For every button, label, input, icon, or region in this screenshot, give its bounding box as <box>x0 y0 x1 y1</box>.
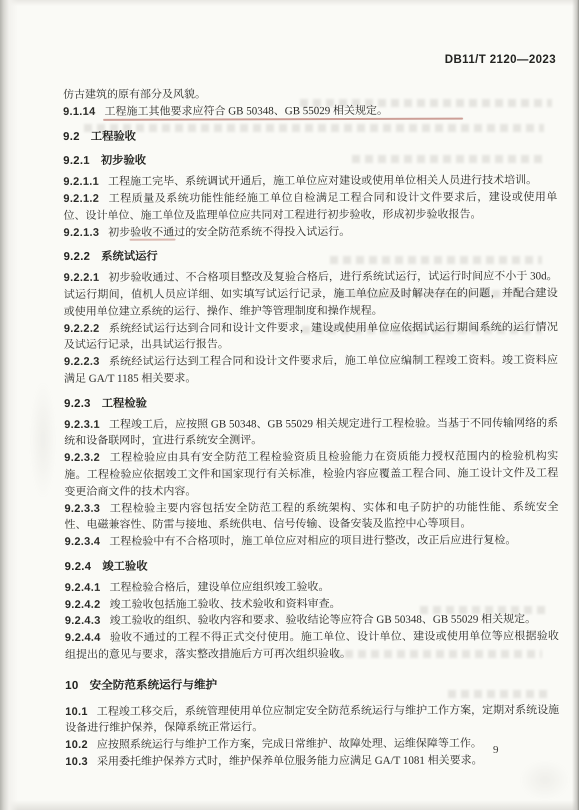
clause-text: 初步验收通过、不合格项目整改及复验合格后，进行系统试运行，试运行时间应不小于 3… <box>64 270 558 317</box>
clause-text: 工程施工其他要求应符合 GB 50348、GB 55029 相关规定。 <box>104 105 388 118</box>
clause-number: 10.1 <box>65 705 88 717</box>
clause-10-2: 10.2应按照系统运行与维护工作方案，完成日常维护、故障处理、运维保障等工作。 <box>65 735 559 754</box>
clause-number: 9.2.1.2 <box>63 193 99 205</box>
heading-number: 9.2.4 <box>65 561 92 573</box>
heading-title: 安全防范系统运行与维护 <box>90 678 218 691</box>
clause-9-2-2-3: 9.2.2.3系统经试运行达到工程合同和设计文件要求后，施工单位应编制工程竣工资… <box>64 352 558 387</box>
clause-text: 工程竣工后，应按照 GB 50348、GB 55029 相关规定进行工程检验。当… <box>64 417 558 448</box>
clause-text: 工程施工完毕、系统调试开通后，施工单位应对建设或使用单位相关人员进行技术培训。 <box>108 175 537 188</box>
clause-9-2-2-1: 9.2.2.1初步验收通过、不合格项目整改及复验合格后，进行系统试运行，试运行时… <box>64 268 558 320</box>
clause-text: 工程质量及系统功能性能经施工单位自检满足工程合同和设计文件要求后，建设或使用单位… <box>63 191 557 222</box>
clause-number: 9.2.4.3 <box>65 615 101 627</box>
red-mark-annotation <box>130 239 176 241</box>
clause-9-2-2-2: 9.2.2.2系统经试运行达到合同和设计文件要求，建设或使用单位应依据试运行期间… <box>64 319 558 354</box>
clause-9-2-3-1: 9.2.3.1工程竣工后，应按照 GB 50348、GB 55029 相关规定进… <box>64 415 558 450</box>
clause-text: 应按照系统运行与维护工作方案，完成日常维护、故障处理、运维保障等工作。 <box>97 738 482 751</box>
clause-number: 9.2.4.2 <box>65 598 101 610</box>
clause-9-2-3-3: 9.2.3.3工程检验主要内容包括安全防范工程的系统架构、实体和电子防护的功能性… <box>64 499 558 534</box>
page-number: 9 <box>493 744 499 756</box>
clause-text: 验收不通过的工程不得正式交付使用。施工单位、设计单位、建设或使用单位等应根据验收… <box>65 630 559 661</box>
clause-number: 10.3 <box>65 756 88 768</box>
clause-9-2-4-2: 9.2.4.2竣工验收包括施工验收、技术验收和资料审查。 <box>65 595 559 614</box>
clause-number: 9.2.4.1 <box>65 582 101 594</box>
heading-number: 9.2 <box>63 131 80 143</box>
clause-text: 工程检验应由具有安全防范工程检验资质且检验能力在资质能力授权范围内的检验机构实施… <box>64 450 558 497</box>
clause-9-2-4-3: 9.2.4.3竣工验收的组织、验收内容和要求、验收结论等应符合 GB 50348… <box>65 612 559 631</box>
document-code-header: DB11/T 2120—2023 <box>445 54 556 66</box>
clause-10-1: 10.1工程竣工移交后，系统管理使用单位应制定安全防范系统运行与维护工作方案，定… <box>65 702 559 737</box>
heading-number: 9.2.1 <box>63 155 90 167</box>
heading-title: 系统试运行 <box>101 251 158 263</box>
heading-number: 9.2.2 <box>64 251 91 263</box>
clause-10-3: 10.3采用委托维护保养方式时，维护保养单位服务能力应满足 GA/T 1081 … <box>65 752 559 771</box>
clause-9-2-1-3: 9.2.1.3初步验收不通过的安全防范系统不得投入试运行。 <box>63 223 557 242</box>
clause-text: 工程检验合格后，建设单位应组织竣工验收。 <box>109 581 329 594</box>
clause-text: 初步验收不通过的安全防范系统不得投入试运行。 <box>108 226 350 239</box>
clause-number: 9.2.1.3 <box>63 226 99 238</box>
clause-number: 9.2.1.1 <box>63 176 99 188</box>
clause-number: 9.1.14 <box>63 106 95 118</box>
clause-text: 系统经试运行达到工程合同和设计文件要求后，施工单位应编制工程竣工资料。竣工资料应… <box>64 354 558 385</box>
clause-9-2-1-2: 9.2.1.2工程质量及系统功能性能经施工单位自检满足工程合同和设计文件要求后，… <box>63 189 557 224</box>
heading-title: 工程验收 <box>91 130 136 142</box>
clause-number: 9.2.3.1 <box>64 418 100 430</box>
clause-text: 工程检验主要内容包括安全防范工程的系统架构、实体和电子防护的功能性能、系统安全性… <box>65 501 559 532</box>
clause-9-2-1-1: 9.2.1.1工程施工完毕、系统调试开通后，施工单位应对建设或使用单位相关人员进… <box>63 172 557 191</box>
heading-9-2-1: 9.2.1初步验收 <box>63 152 557 171</box>
clause-number: 9.2.3.4 <box>65 536 101 548</box>
clause-9-1-14: 9.1.14工程施工其他要求应符合 GB 50348、GB 55029 相关规定… <box>63 102 557 121</box>
page-body: 仿古建筑的原有部分及风貌。 9.1.14工程施工其他要求应符合 GB 50348… <box>63 85 559 770</box>
clause-9-2-3-2: 9.2.3.2工程检验应由具有安全防范工程检验资质且检验能力在资质能力授权范围内… <box>64 448 558 500</box>
clause-number: 10.2 <box>65 739 88 751</box>
clause-number: 9.2.2.1 <box>64 272 100 284</box>
heading-title: 竣工验收 <box>102 561 147 573</box>
clause-text: 采用委托维护保养方式时，维护保养单位服务能力应满足 GA/T 1081 相关要求… <box>97 754 483 767</box>
clause-number: 9.2.2.2 <box>64 322 100 334</box>
clause-text: 竣工验收的组织、验收内容和要求、验收结论等应符合 GB 50348、GB 550… <box>110 614 537 627</box>
heading-9-2-2: 9.2.2系统试运行 <box>64 248 558 267</box>
clause-number: 9.2.4.4 <box>65 632 101 644</box>
heading-title: 初步验收 <box>101 155 146 167</box>
heading-10: 10安全防范系统运行与维护 <box>65 676 559 695</box>
clause-text: 工程竣工移交后，系统管理使用单位应制定安全防范系统运行与维护工作方案，定期对系统… <box>65 704 559 735</box>
clause-text: 工程检验中有不合格项时，施工单位应对相应的项目进行整改，改正后应进行复检。 <box>109 535 516 548</box>
scanned-document-page: DB11/T 2120—2023 仿古建筑的原有部分及风貌。 9.1.14工程施… <box>0 0 579 810</box>
clause-text: 系统经试运行达到合同和设计文件要求，建设或使用单位应依据试运行期间系统的运行情况… <box>64 321 558 352</box>
clause-9-2-4-1: 9.2.4.1工程检验合格后，建设单位应组织竣工验收。 <box>65 578 559 597</box>
clause-number: 9.2.3.2 <box>64 452 100 464</box>
heading-9-2: 9.2工程验收 <box>63 127 557 146</box>
heading-number: 9.2.3 <box>64 398 91 410</box>
clause-number: 9.2.3.3 <box>64 502 100 514</box>
clause-number: 9.2.2.3 <box>64 356 100 368</box>
clause-9-2-4-4: 9.2.4.4验收不通过的工程不得正式交付使用。施工单位、设计单位、建设或使用单… <box>65 628 559 663</box>
heading-title: 工程检验 <box>102 397 147 409</box>
heading-9-2-4: 9.2.4竣工验收 <box>65 557 559 576</box>
heading-9-2-3: 9.2.3工程检验 <box>64 394 558 413</box>
heading-number: 10 <box>65 679 79 692</box>
paragraph-text: 仿古建筑的原有部分及风貌。 <box>63 89 206 101</box>
paragraph-continuation: 仿古建筑的原有部分及风貌。 <box>63 85 557 104</box>
clause-9-2-3-4: 9.2.3.4工程检验中有不合格项时，施工单位应对相应的项目进行整改，改正后应进… <box>65 532 559 551</box>
red-underline-annotation <box>103 117 463 120</box>
scan-smudge <box>30 380 56 500</box>
clause-text: 竣工验收包括施工验收、技术验收和资料审查。 <box>110 598 341 611</box>
